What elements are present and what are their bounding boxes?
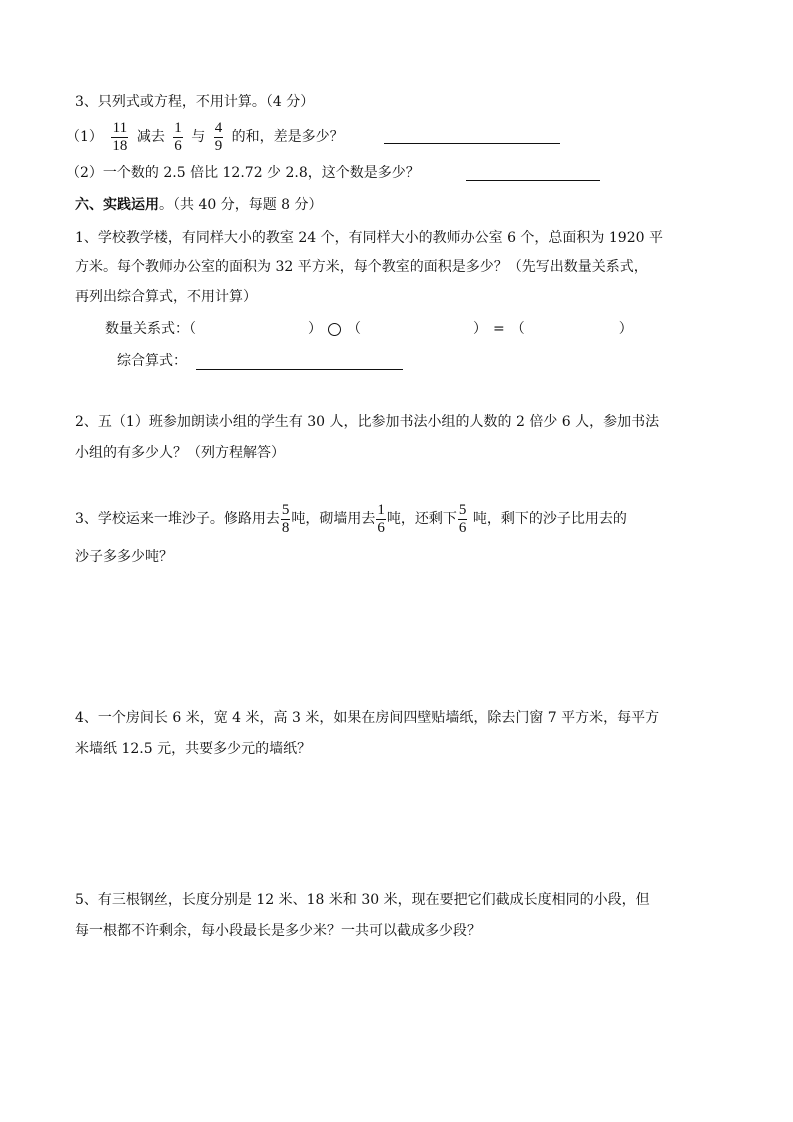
q1-prefix: （1） bbox=[66, 129, 103, 145]
problem2-line1: 2、五（1）班参加朗读小组的学生有 30 人，比参加书法小组的人数的 2 倍少 … bbox=[75, 412, 659, 432]
problem1-line1: 1、学校教学楼，有同样大小的教室 24 个，有同样大小的教师办公室 6 个，总面… bbox=[75, 228, 663, 248]
relation-label: 数量关系式： bbox=[105, 321, 189, 337]
fraction-5-8: 58 bbox=[281, 502, 291, 537]
problem3-line1: 3、学校运来一堆沙子。修路用去58吨，砌墙用去16吨，还剩下56 吨，剩下的沙子… bbox=[75, 499, 627, 539]
problem1-line3: 再列出综合算式，不用计算） bbox=[75, 287, 257, 307]
problem4-line1: 4、一个房间长 6 米，宽 4 米，高 3 米，如果在房间四壁贴墙纸，除去门窗 … bbox=[75, 708, 659, 728]
fraction-11-18: 1118 bbox=[111, 120, 128, 155]
formula-blank[interactable] bbox=[196, 369, 403, 370]
problem2-line2: 小组的有多少人？（列方程解答） bbox=[75, 443, 285, 463]
problem4-line2: 米墙纸 12.5 元，共要多少元的墙纸？ bbox=[75, 739, 311, 759]
problem5-line1: 5、有三根钢丝，长度分别是 12 米、18 米和 30 米，现在要把它们截成长度… bbox=[75, 890, 650, 910]
operator-circle[interactable] bbox=[328, 323, 341, 336]
fraction-1-6: 16 bbox=[376, 502, 386, 537]
fraction-4-9: 49 bbox=[214, 120, 224, 155]
formula-label: 综合算式： bbox=[117, 351, 187, 371]
answer-blank-q2[interactable] bbox=[466, 180, 600, 181]
section3-question-1: （1） 1118 减去 16 与 49 的和，差是多少？ bbox=[66, 117, 344, 157]
problem5-line2: 每一根都不许剩余，每小段最长是多少米？一共可以截成多少段？ bbox=[75, 921, 481, 941]
problem3-line2: 沙子多多少吨？ bbox=[75, 547, 173, 567]
fraction-5-6: 56 bbox=[458, 502, 468, 537]
section3-heading: 3、只列式或方程，不用计算。（4 分） bbox=[75, 92, 314, 112]
section6-heading: 六、实践运用。（共 40 分，每题 8 分） bbox=[75, 195, 323, 215]
relation-row: 数量关系式：（）（）=（） bbox=[105, 319, 633, 339]
problem1-line2: 方米。每个教师办公室的面积为 32 平方米，每个教室的面积是多少？（先写出数量关… bbox=[75, 257, 648, 277]
fraction-1-6: 16 bbox=[173, 120, 183, 155]
answer-blank-q1[interactable] bbox=[384, 143, 560, 144]
section3-question-2: （2）一个数的 2.5 倍比 12.72 少 2.8，这个数是多少？ bbox=[66, 163, 420, 183]
